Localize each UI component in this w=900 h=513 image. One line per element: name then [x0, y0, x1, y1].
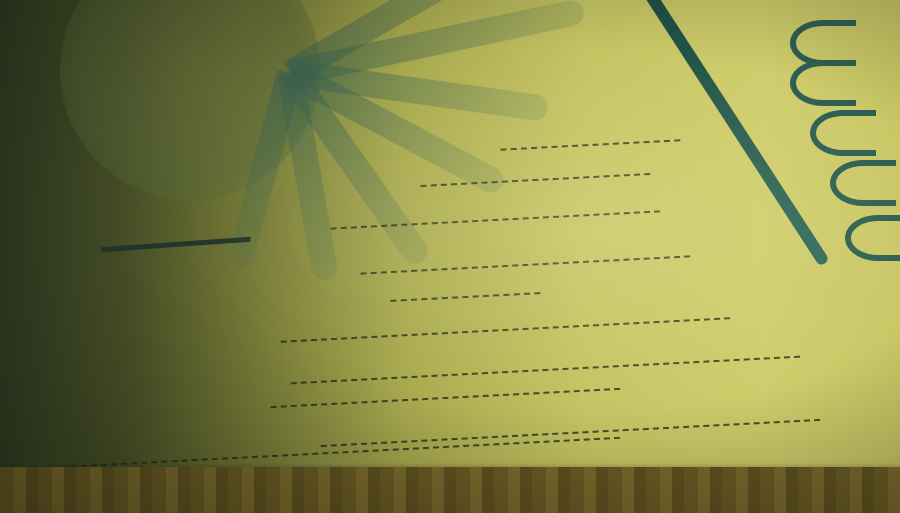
signature-flourish	[99, 217, 250, 252]
manuscript-photo: Photograph of a handwritten manuscript p…	[0, 0, 900, 513]
wooden-table	[0, 467, 900, 513]
